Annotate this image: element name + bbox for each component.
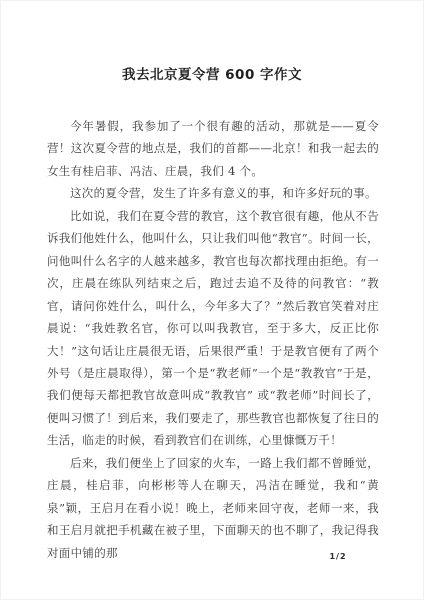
essay-paragraph: 后来，我们便坐上了回家的火车，一路上我们都不曾睡觉，庄晨，桂启菲，向彬彬等人在聊… bbox=[47, 452, 379, 564]
essay-paragraph: 比如说，我们在夏令营的教官，这个教官很有趣，他从不告诉我们他姓什么，他叫什么，只… bbox=[47, 205, 379, 452]
page-number-indicator: 1/2 bbox=[323, 552, 353, 561]
essay-paragraph: 这次的夏令营，发生了许多有意义的事，和许多好玩的事。 bbox=[47, 182, 379, 204]
essay-title: 我去北京夏令营 600 字作文 bbox=[21, 63, 403, 83]
essay-paragraph: 今年暑假，我参加了一个很有趣的活动，那就是——夏令营！这次夏令营的地点是，我们的… bbox=[47, 115, 379, 182]
essay-body: 今年暑假，我参加了一个很有趣的活动，那就是——夏令营！这次夏令营的地点是，我们的… bbox=[47, 115, 379, 564]
document-page: 我去北京夏令营 600 字作文 今年暑假，我参加了一个很有趣的活动，那就是——夏… bbox=[0, 0, 424, 600]
